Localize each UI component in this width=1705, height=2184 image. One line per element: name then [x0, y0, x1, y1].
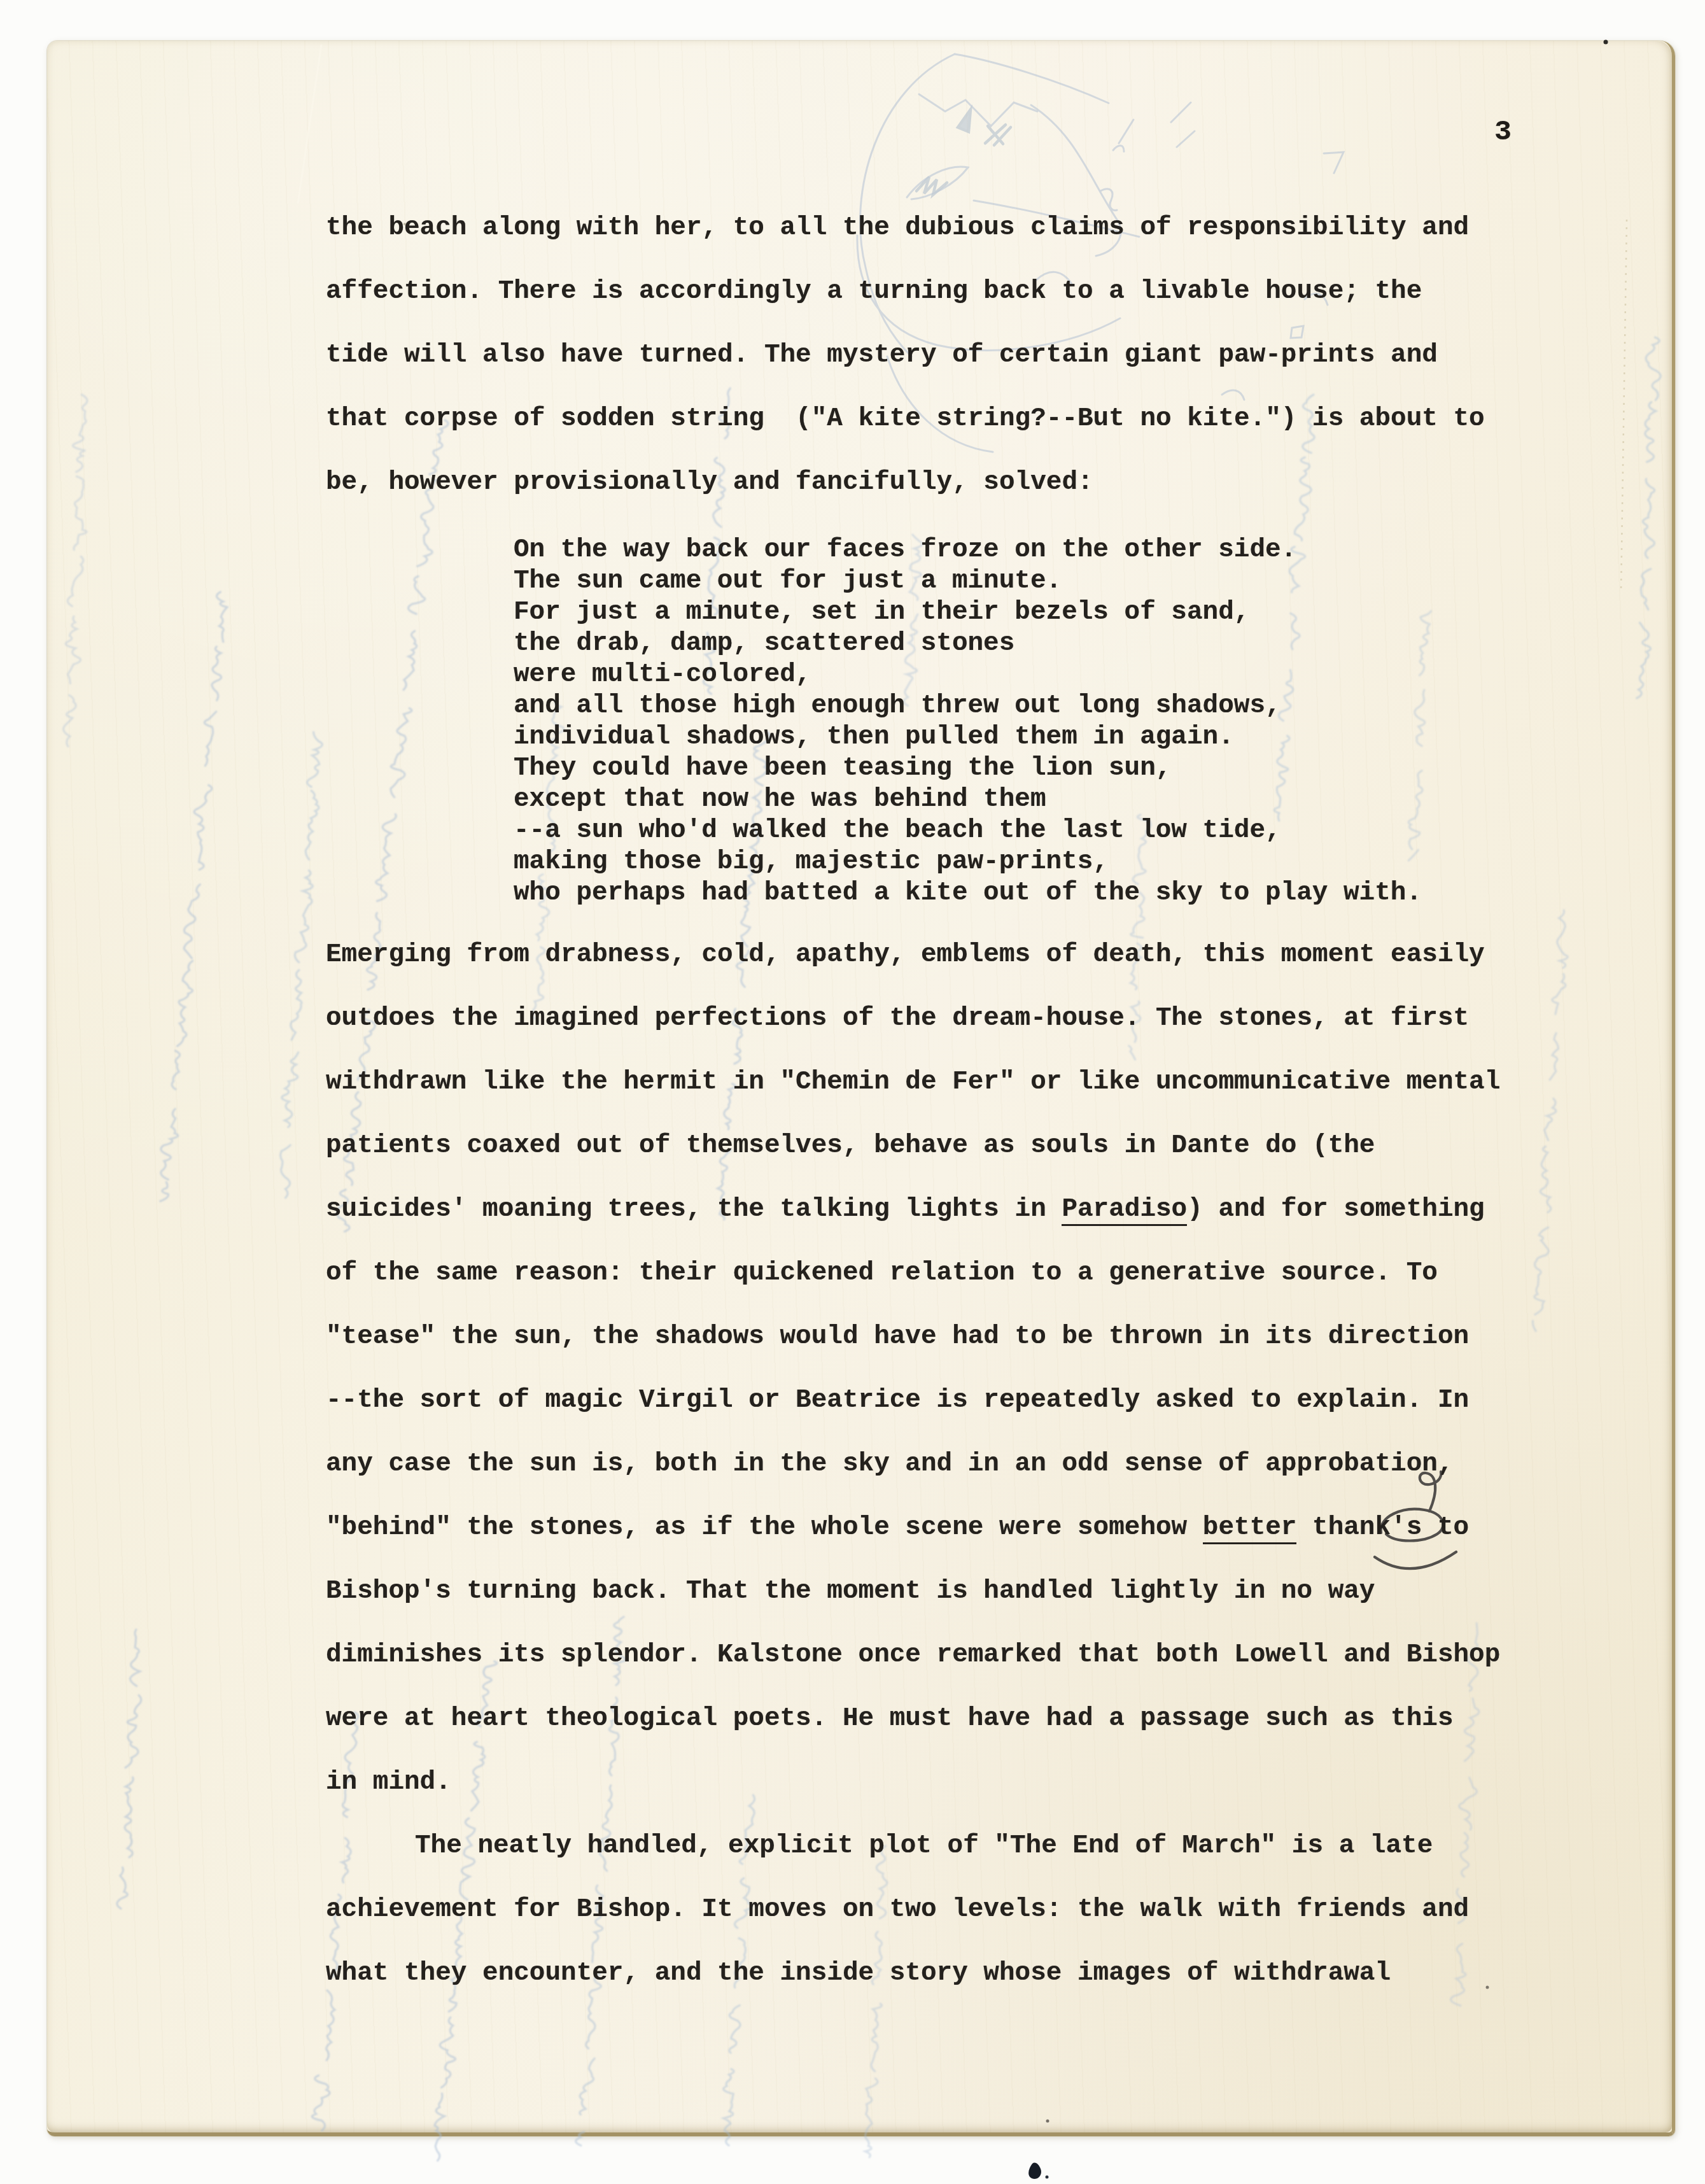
manuscript-page	[47, 41, 1675, 2136]
scan-background: { "page": { "number": "3", "body_before_…	[0, 0, 1705, 2184]
ink-blot	[1028, 2163, 1048, 2179]
